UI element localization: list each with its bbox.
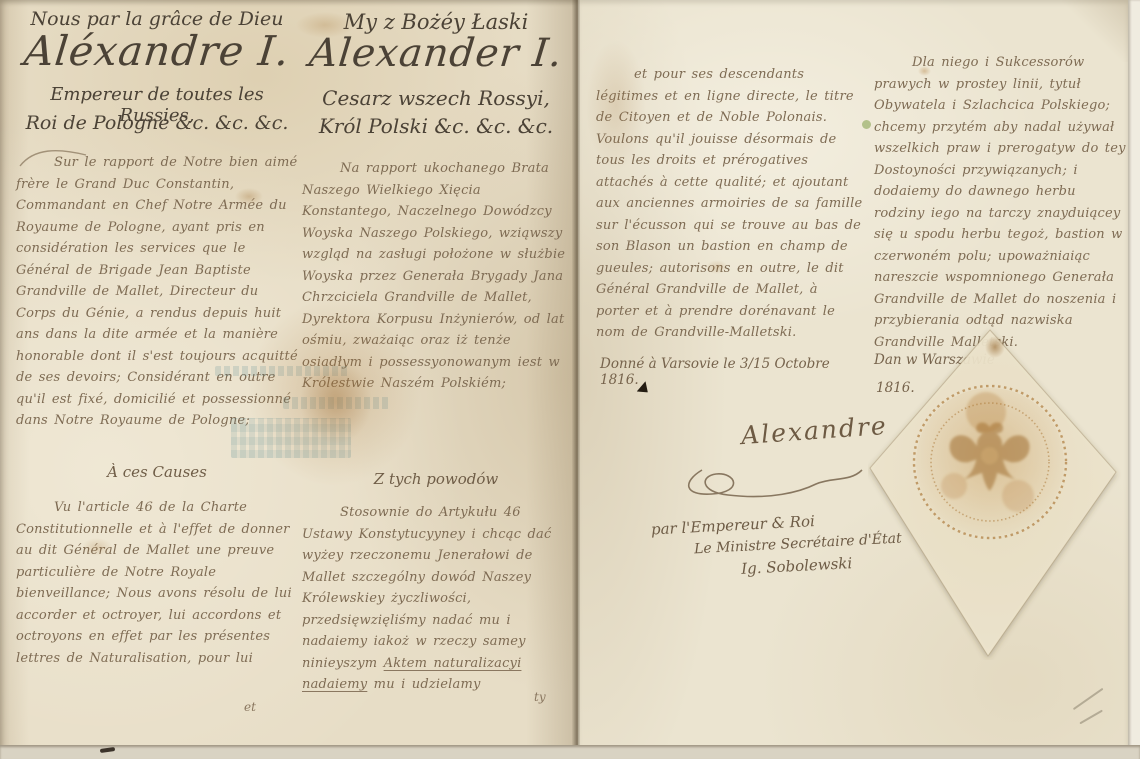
royal-title-polish-line3: Cesarz wszech Rossyi,: [302, 86, 570, 110]
french-clause: À ces Causes: [16, 463, 298, 481]
stain: [82, 538, 112, 556]
scan-backing-right: [1128, 0, 1140, 759]
polish-paragraph-2-start: Stosownie do Artykułu 46 Ustawy Konstytu…: [302, 505, 551, 671]
french-paragraph-2: Vu l'article 46 de la Charte Constitutio…: [16, 497, 298, 669]
left-page: Nous par la grâce de Dieu Aléxandre I. E…: [0, 0, 578, 759]
polish-continuation-paragraph: Dla niego i Sukcessorów prawych w proste…: [874, 52, 1128, 353]
stain: [300, 360, 372, 444]
royal-title-polish-name: Alexander I.: [300, 31, 573, 76]
dateline-french: Donné à Varsovie le 3/15 Octobre 1816.: [600, 356, 864, 388]
stain: [296, 12, 354, 38]
scan-backing-bottom: [0, 745, 1140, 759]
countersignature-block: par l'Empereur & Roi Le Ministre Secréta…: [651, 508, 904, 583]
stain: [918, 66, 931, 76]
catchword-french: et: [244, 700, 256, 714]
catchword-polish: ty: [534, 690, 546, 704]
royal-title-french-name: Aléxandre I.: [13, 27, 300, 75]
stain: [586, 40, 646, 170]
signature-flourish-icon: [674, 440, 870, 502]
paper-seal: [868, 326, 1122, 660]
document-scan: Nous par la grâce de Dieu Aléxandre I. E…: [0, 0, 1140, 759]
page-gutter: [572, 0, 580, 759]
polish-paragraph-2-end: mu i udzielamy: [367, 677, 480, 692]
stain: [706, 260, 728, 274]
royal-title-french-line4: Roi de Pologne &c. &c. &c.: [16, 112, 298, 134]
stain: [862, 120, 871, 129]
stain: [235, 188, 263, 205]
royal-title-polish-line4: Król Polski &c. &c. &c.: [302, 114, 570, 138]
stain: [985, 336, 1005, 358]
polish-paragraph-2: Stosownie do Artykułu 46 Ustawy Konstytu…: [302, 502, 570, 696]
